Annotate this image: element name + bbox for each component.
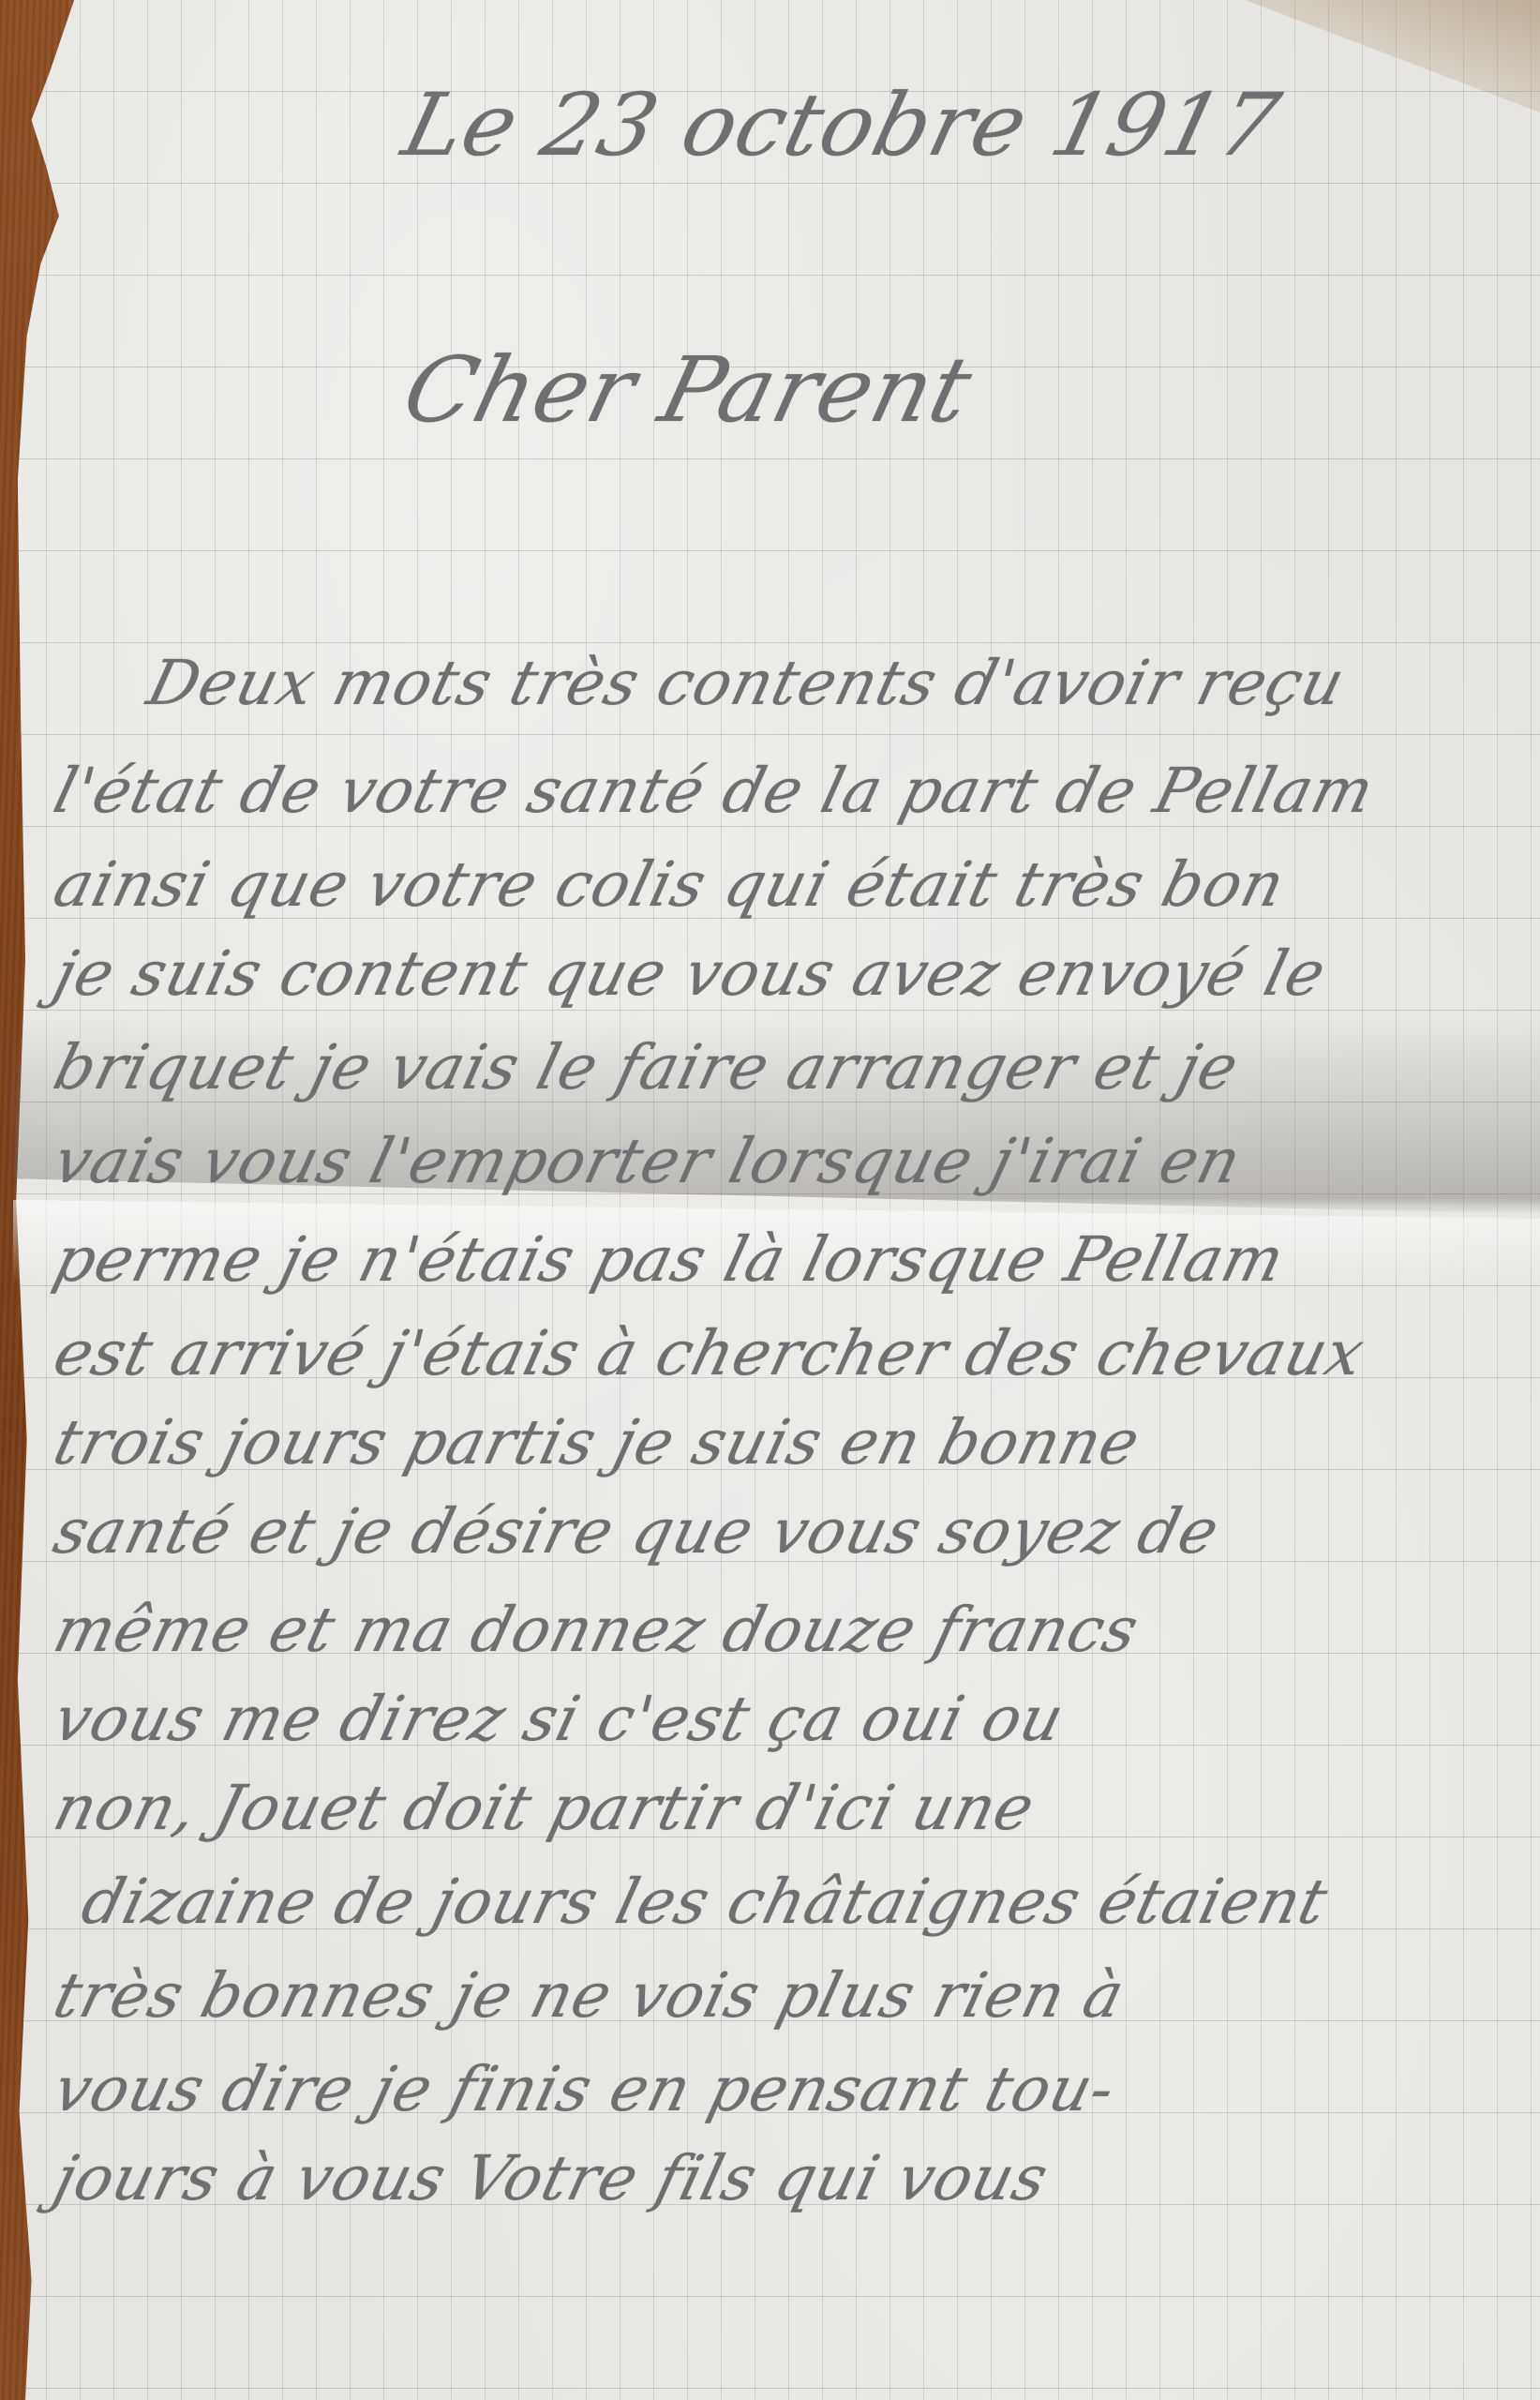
body-line: très bonnes je ne vois plus rien à bbox=[47, 1959, 1131, 2032]
body-line: vous dire je finis en pensant tou- bbox=[47, 2053, 1123, 2125]
body-line: je suis content que vous avez envoyé le bbox=[47, 937, 1334, 1010]
body-line: l'état de votre santé de la part de Pell… bbox=[47, 755, 1382, 827]
body-line: dizaine de jours les châtaignes étaient bbox=[75, 1866, 1335, 1938]
body-line: est arrivé j'étais à chercher des chevau… bbox=[47, 1317, 1372, 1389]
body-line: briquet je vais le faire arranger et je bbox=[47, 1031, 1246, 1103]
letter-salutation: Cher Parent bbox=[394, 337, 982, 442]
body-line: perme je n'étais pas là lorsque Pellam bbox=[47, 1223, 1292, 1296]
body-line: Deux mots très contents d'avoir reçu bbox=[141, 647, 1353, 719]
body-line: trois jours partis je suis en bonne bbox=[47, 1406, 1147, 1478]
body-line: jours à vous Votre fils qui vous bbox=[47, 2142, 1055, 2214]
body-line: non, Jouet doit partir d'ici une bbox=[47, 1772, 1042, 1844]
body-line: santé et je désire que vous soyez de bbox=[47, 1495, 1227, 1567]
body-line: ainsi que votre colis qui était très bon bbox=[47, 848, 1293, 921]
body-line: vous me direz si c'est ça oui ou bbox=[47, 1683, 1071, 1755]
body-line: vais vous l'emporter lorsque j'irai en bbox=[47, 1125, 1248, 1197]
body-line: même et ma donnez douze francs bbox=[47, 1594, 1146, 1666]
letter-date: Le 23 octobre 1917 bbox=[394, 75, 1290, 175]
